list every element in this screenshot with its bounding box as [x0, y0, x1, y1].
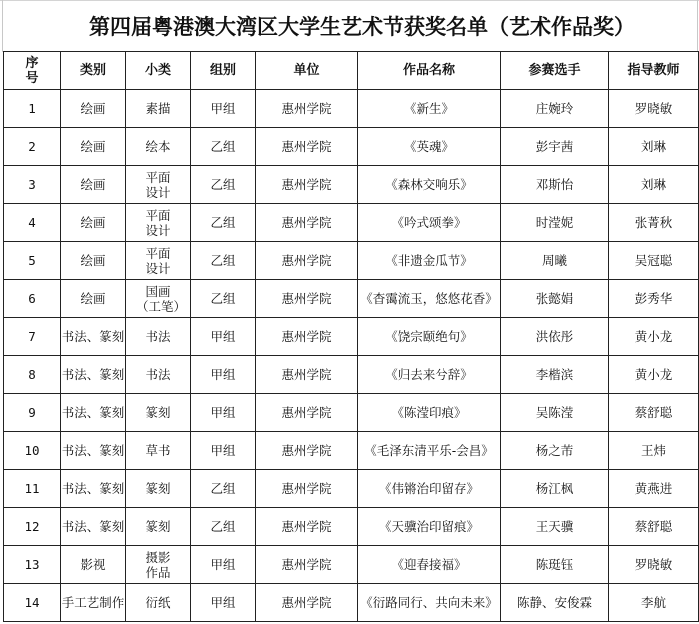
cell-work-title: 《迎春接福》: [358, 546, 501, 584]
table-row: 8 书法、篆刻 书法 甲组 惠州学院 《归去来兮辞》 李楷滨 黄小龙: [4, 356, 699, 394]
cell-category: 书法、篆刻: [61, 508, 126, 546]
cell-participant: 杨之芾: [501, 432, 609, 470]
cell-unit: 惠州学院: [256, 204, 358, 242]
cell-teacher: 刘琳: [609, 166, 699, 204]
cell-unit: 惠州学院: [256, 508, 358, 546]
cell-group: 乙组: [191, 508, 256, 546]
cell-subcategory: 篆刻: [126, 508, 191, 546]
cell-subcategory: 平面设计: [126, 166, 191, 204]
col-header-teacher: 指导教师: [609, 52, 699, 90]
cell-unit: 惠州学院: [256, 90, 358, 128]
cell-unit: 惠州学院: [256, 394, 358, 432]
cell-category: 绘画: [61, 90, 126, 128]
cell-subcategory: 国画（工笔）: [126, 280, 191, 318]
table-row: 14 手工艺制作 衍纸 甲组 惠州学院 《衍路同行、共向未来》 陈静、安俊霖 李…: [4, 584, 699, 622]
cell-group: 乙组: [191, 242, 256, 280]
cell-category: 绘画: [61, 280, 126, 318]
cell-category: 书法、篆刻: [61, 470, 126, 508]
cell-unit: 惠州学院: [256, 432, 358, 470]
cell-teacher: 王炜: [609, 432, 699, 470]
page-title: 第四届粤港澳大湾区大学生艺术节获奖名单（艺术作品奖）: [3, 1, 697, 51]
cell-subcategory: 书法: [126, 318, 191, 356]
cell-no: 6: [4, 280, 61, 318]
cell-teacher: 张菁秋: [609, 204, 699, 242]
cell-work-title: 《天骥治印留痕》: [358, 508, 501, 546]
cell-teacher: 黄小龙: [609, 318, 699, 356]
header-row: 序号 类别 小类 组别 单位 作品名称 参赛选手 指导教师: [4, 52, 699, 90]
cell-participant: 邓斯怡: [501, 166, 609, 204]
cell-participant: 张懿娟: [501, 280, 609, 318]
cell-unit: 惠州学院: [256, 318, 358, 356]
cell-teacher: 蔡舒聪: [609, 508, 699, 546]
cell-category: 绘画: [61, 204, 126, 242]
cell-no: 14: [4, 584, 61, 622]
cell-group: 甲组: [191, 318, 256, 356]
cell-group: 甲组: [191, 432, 256, 470]
table-row: 1 绘画 素描 甲组 惠州学院 《新生》 庄婉玲 罗晓敏: [4, 90, 699, 128]
cell-group: 乙组: [191, 470, 256, 508]
cell-teacher: 吴冠聪: [609, 242, 699, 280]
table-row: 5 绘画 平面设计 乙组 惠州学院 《非遗金瓜节》 周曦 吴冠聪: [4, 242, 699, 280]
cell-subcategory: 摄影作品: [126, 546, 191, 584]
cell-participant: 洪依彤: [501, 318, 609, 356]
cell-unit: 惠州学院: [256, 280, 358, 318]
cell-unit: 惠州学院: [256, 584, 358, 622]
cell-work-title: 《伟锵治印留存》: [358, 470, 501, 508]
cell-participant: 彭宇茜: [501, 128, 609, 166]
cell-work-title: 《新生》: [358, 90, 501, 128]
table-row: 3 绘画 平面设计 乙组 惠州学院 《森林交响乐》 邓斯怡 刘琳: [4, 166, 699, 204]
cell-participant: 时滢妮: [501, 204, 609, 242]
cell-work-title: 《饶宗颐绝句》: [358, 318, 501, 356]
col-header-unit: 单位: [256, 52, 358, 90]
cell-category: 绘画: [61, 128, 126, 166]
cell-unit: 惠州学院: [256, 356, 358, 394]
cell-unit: 惠州学院: [256, 166, 358, 204]
cell-subcategory: 素描: [126, 90, 191, 128]
cell-no: 9: [4, 394, 61, 432]
cell-no: 5: [4, 242, 61, 280]
cell-no: 1: [4, 90, 61, 128]
cell-participant: 庄婉玲: [501, 90, 609, 128]
awards-table: 序号 类别 小类 组别 单位 作品名称 参赛选手 指导教师 1 绘画 素描 甲组…: [3, 51, 699, 622]
cell-subcategory: 书法: [126, 356, 191, 394]
col-header-category: 类别: [61, 52, 126, 90]
cell-no: 4: [4, 204, 61, 242]
cell-unit: 惠州学院: [256, 470, 358, 508]
cell-subcategory-text: 国画（工笔）: [136, 284, 180, 314]
cell-group: 甲组: [191, 546, 256, 584]
cell-no: 2: [4, 128, 61, 166]
cell-no: 10: [4, 432, 61, 470]
cell-no: 7: [4, 318, 61, 356]
cell-work-title: 《毛泽东清平乐-会昌》: [358, 432, 501, 470]
cell-subcategory-text: 平面设计: [144, 246, 172, 276]
table-row: 7 书法、篆刻 书法 甲组 惠州学院 《饶宗颐绝句》 洪依彤 黄小龙: [4, 318, 699, 356]
cell-category: 书法、篆刻: [61, 356, 126, 394]
cell-group: 甲组: [191, 584, 256, 622]
cell-no: 8: [4, 356, 61, 394]
cell-group: 甲组: [191, 90, 256, 128]
table-row: 10 书法、篆刻 草书 甲组 惠州学院 《毛泽东清平乐-会昌》 杨之芾 王炜: [4, 432, 699, 470]
cell-category: 手工艺制作: [61, 584, 126, 622]
table-row: 12 书法、篆刻 篆刻 乙组 惠州学院 《天骥治印留痕》 王天骥 蔡舒聪: [4, 508, 699, 546]
cell-group: 乙组: [191, 128, 256, 166]
table-row: 9 书法、篆刻 篆刻 甲组 惠州学院 《陈滢印痕》 吴陈滢 蔡舒聪: [4, 394, 699, 432]
cell-unit: 惠州学院: [256, 546, 358, 584]
cell-work-title: 《杳霭流玉，悠悠花香》: [358, 280, 501, 318]
cell-participant: 杨江枫: [501, 470, 609, 508]
cell-participant: 王天骥: [501, 508, 609, 546]
cell-unit: 惠州学院: [256, 242, 358, 280]
cell-work-title: 《非遗金瓜节》: [358, 242, 501, 280]
cell-subcategory: 平面设计: [126, 204, 191, 242]
cell-work-title: 《英魂》: [358, 128, 501, 166]
cell-no: 12: [4, 508, 61, 546]
cell-teacher: 李航: [609, 584, 699, 622]
cell-subcategory: 绘本: [126, 128, 191, 166]
cell-unit: 惠州学院: [256, 128, 358, 166]
cell-category: 绘画: [61, 166, 126, 204]
cell-category: 书法、篆刻: [61, 318, 126, 356]
table-row: 6 绘画 国画（工笔） 乙组 惠州学院 《杳霭流玉，悠悠花香》 张懿娟 彭秀华: [4, 280, 699, 318]
cell-teacher: 蔡舒聪: [609, 394, 699, 432]
cell-category: 绘画: [61, 242, 126, 280]
cell-subcategory-text: 平面设计: [144, 208, 172, 238]
col-header-subcategory: 小类: [126, 52, 191, 90]
col-header-no: 序号: [4, 52, 61, 90]
cell-participant: 李楷滨: [501, 356, 609, 394]
cell-subcategory-text: 摄影作品: [144, 550, 172, 580]
cell-work-title: 《归去来兮辞》: [358, 356, 501, 394]
cell-category: 影视: [61, 546, 126, 584]
col-header-work: 作品名称: [358, 52, 501, 90]
cell-teacher: 刘琳: [609, 128, 699, 166]
cell-participant: 陈静、安俊霖: [501, 584, 609, 622]
cell-category: 书法、篆刻: [61, 394, 126, 432]
cell-no: 3: [4, 166, 61, 204]
gridline: [697, 0, 698, 52]
cell-category: 书法、篆刻: [61, 432, 126, 470]
cell-teacher: 罗晓敏: [609, 546, 699, 584]
cell-teacher: 黄小龙: [609, 356, 699, 394]
cell-participant: 吴陈滢: [501, 394, 609, 432]
table-row: 2 绘画 绘本 乙组 惠州学院 《英魂》 彭宇茜 刘琳: [4, 128, 699, 166]
cell-work-title: 《陈滢印痕》: [358, 394, 501, 432]
cell-work-title: 《衍路同行、共向未来》: [358, 584, 501, 622]
cell-teacher: 罗晓敏: [609, 90, 699, 128]
cell-work-title: 《森林交响乐》: [358, 166, 501, 204]
cell-subcategory-text: 平面设计: [144, 170, 172, 200]
cell-subcategory: 篆刻: [126, 470, 191, 508]
table-row: 4 绘画 平面设计 乙组 惠州学院 《吟式颂拳》 时滢妮 张菁秋: [4, 204, 699, 242]
cell-subcategory: 篆刻: [126, 394, 191, 432]
cell-work-title: 《吟式颂拳》: [358, 204, 501, 242]
award-list-sheet: 第四届粤港澳大湾区大学生艺术节获奖名单（艺术作品奖） 序号 类别 小类 组别 单…: [0, 0, 699, 624]
col-header-participant: 参赛选手: [501, 52, 609, 90]
cell-teacher: 彭秀华: [609, 280, 699, 318]
cell-group: 甲组: [191, 394, 256, 432]
table-row: 13 影视 摄影作品 甲组 惠州学院 《迎春接福》 陈珽钰 罗晓敏: [4, 546, 699, 584]
cell-subcategory: 衍纸: [126, 584, 191, 622]
cell-participant: 周曦: [501, 242, 609, 280]
cell-group: 乙组: [191, 166, 256, 204]
cell-no: 13: [4, 546, 61, 584]
cell-subcategory: 平面设计: [126, 242, 191, 280]
cell-group: 乙组: [191, 204, 256, 242]
cell-no: 11: [4, 470, 61, 508]
cell-participant: 陈珽钰: [501, 546, 609, 584]
cell-group: 甲组: [191, 356, 256, 394]
table-row: 11 书法、篆刻 篆刻 乙组 惠州学院 《伟锵治印留存》 杨江枫 黄燕进: [4, 470, 699, 508]
cell-subcategory: 草书: [126, 432, 191, 470]
cell-group: 乙组: [191, 280, 256, 318]
cell-teacher: 黄燕进: [609, 470, 699, 508]
col-header-group: 组别: [191, 52, 256, 90]
